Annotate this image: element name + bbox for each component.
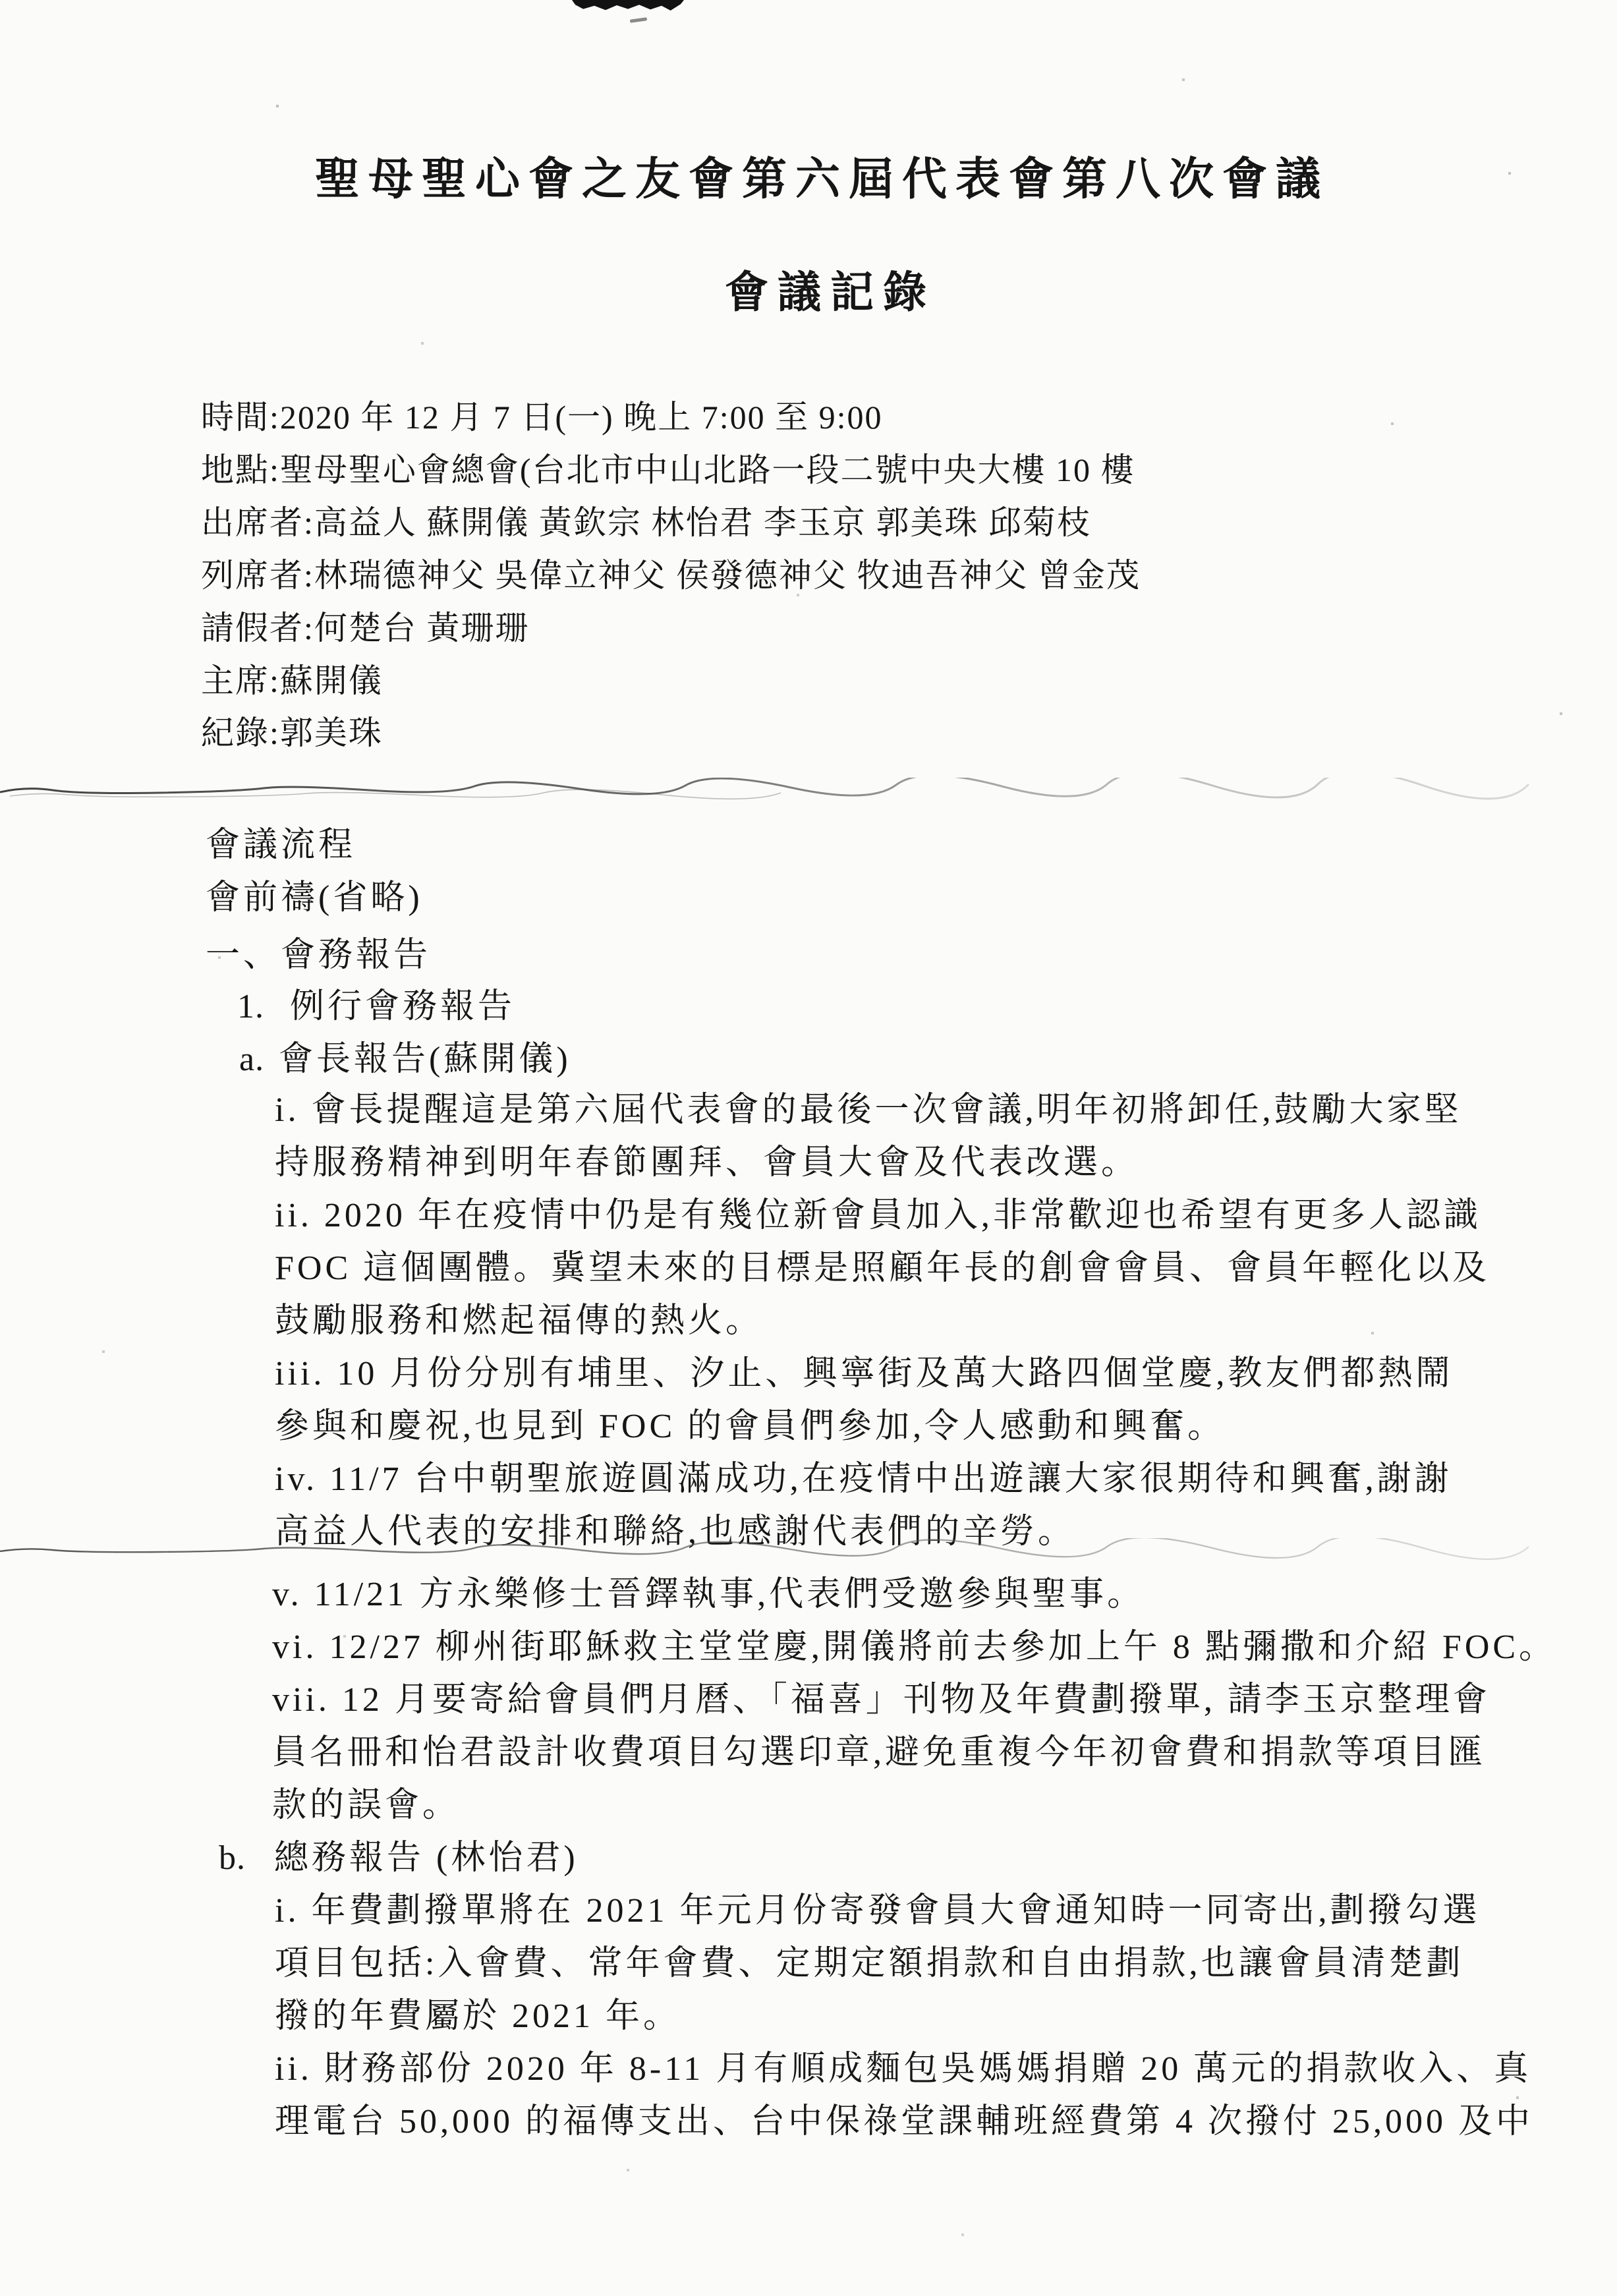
body-line: 鼓勵服務和燃起福傳的熱火。: [275, 1302, 763, 1341]
item-1-marker: 1.: [237, 987, 290, 1027]
info-line-chair: 主席:蘇開儀: [201, 662, 383, 701]
scan-artifact-small-mark: [630, 17, 647, 23]
body-line: 高益人代表的安排和聯絡,也感謝代表們的辛勞。: [275, 1512, 1075, 1552]
body-line: iv. 11/7 台中朝聖旅遊圓滿成功,在疫情中出遊讓大家很期待和興奮,謝謝: [275, 1460, 1452, 1499]
page-subtitle: 會議記錄: [725, 257, 936, 320]
scanned-meeting-minutes-page: 聖母聖心會之友會第六屆代表會第八次會議 會議記錄 時間:2020 年 12 月 …: [0, 0, 1617, 2296]
info-line-absent: 請假者:何楚台 黃珊珊: [201, 610, 529, 648]
body-line: vi. 12/27 柳州街耶穌救主堂堂慶,開儀將前去參加上午 8 點彌撒和介紹 …: [272, 1628, 1556, 1667]
item-b-general-affairs-report: b.總務報告 (林怡君): [219, 1839, 579, 1878]
item-a-marker: a.: [239, 1040, 279, 1079]
body-line: 持服務精神到明年春節團拜、會員大會及代表改選。: [275, 1143, 1139, 1183]
scan-noise-speckles: [0, 0, 1, 1]
body-line: iii. 10 月份分別有埔里、汐止、興寧街及萬大路四個堂慶,教友們都熱鬧: [275, 1354, 1453, 1394]
item-1-label: 例行會務報告: [290, 988, 515, 1025]
info-line-time: 時間:2020 年 12 月 7 日(一) 晚上 7:00 至 9:00: [201, 399, 882, 437]
section-meeting-flow-heading: 會議流程: [206, 826, 356, 865]
info-line-recorder: 紀錄:郭美珠: [201, 714, 383, 753]
item-b-marker: b.: [219, 1839, 274, 1878]
scan-crease-fold-line-1: [0, 778, 1617, 804]
body-line: 款的誤會。: [272, 1786, 460, 1825]
body-line: ii. 財務部份 2020 年 8-11 月有順成麵包吳媽媽捐贈 20 萬元的捐…: [275, 2050, 1531, 2089]
item-b-label: 總務報告 (林怡君): [274, 1839, 579, 1877]
body-line: 員名冊和怡君設計收費項目勾選印章,避免重複今年初會費和捐款等項目匯: [272, 1733, 1486, 1773]
body-line: 項目包括:入會費、常年會費、定期定額捐款和自由捐款,也讓會員清楚劃: [275, 1944, 1463, 1984]
pre-meeting-prayer-line: 會前禱(省略): [206, 878, 423, 918]
info-line-attendees: 出席者:高益人 蘇開儀 黃欽宗 林怡君 李玉京 郭美珠 邱菊枝: [201, 504, 1091, 542]
page-title: 聖母聖心會之友會第六屆代表會第八次會議: [315, 144, 1329, 208]
body-line: FOC 這個團體。冀望未來的目標是照顧年長的創會會員、會員年輕化以及: [275, 1249, 1490, 1288]
section-one-heading: 一、會務報告: [206, 936, 431, 975]
body-line: i. 年費劃撥單將在 2021 年元月份寄發會員大會通知時一同寄出,劃撥勾選: [275, 1891, 1480, 1931]
body-line: v. 11/21 方永樂修士晉鐸執事,代表們受邀參與聖事。: [272, 1575, 1145, 1615]
body-line: 撥的年費屬於 2021 年。: [275, 1997, 681, 2036]
item-a-label: 會長報告(蘇開儀): [279, 1041, 571, 1078]
scan-artifact-top-smudge: [572, 0, 684, 11]
body-line: 理電台 50,000 的福傳支出、台中保祿堂課輔班經費第 4 次撥付 25,00…: [275, 2102, 1533, 2142]
body-line: 參與和慶祝,也見到 FOC 的會員們參加,令人感動和興奮。: [275, 1407, 1225, 1447]
body-line: ii. 2020 年在疫情中仍是有幾位新會員加入,非常歡迎也希望有更多人認識: [275, 1196, 1481, 1236]
body-line: vii. 12 月要寄給會員們月曆、「福喜」刊物及年費劃撥單, 請李玉京整理會: [272, 1680, 1490, 1720]
item-1-routine-report: 1.例行會務報告: [237, 987, 515, 1027]
info-line-observers: 列席者:林瑞德神父 吳偉立神父 侯發德神父 牧迪吾神父 曾金茂: [201, 557, 1141, 595]
info-line-location: 地點:聖母聖心會總會(台北市中山北路一段二號中央大樓 10 樓: [201, 451, 1135, 490]
body-line: i. 會長提醒這是第六屆代表會的最後一次會議,明年初將卸任,鼓勵大家堅: [275, 1091, 1461, 1130]
item-a-chair-report: a.會長報告(蘇開儀): [239, 1040, 571, 1079]
